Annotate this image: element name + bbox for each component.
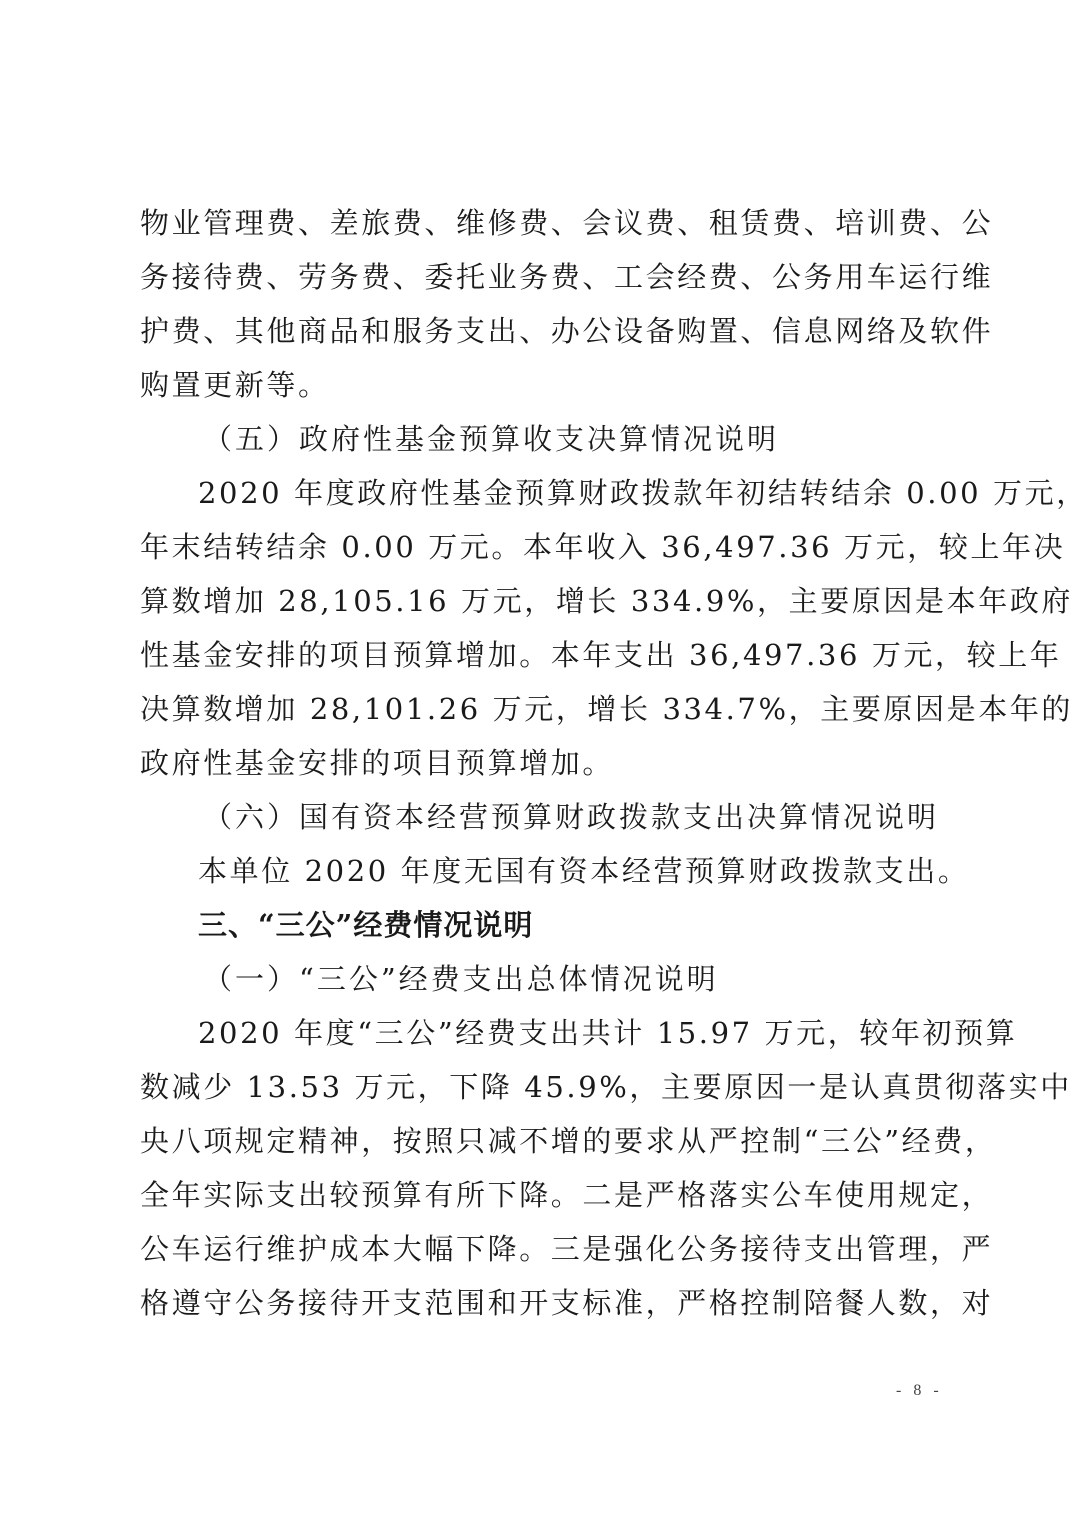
body-line: 护费、其他商品和服务支出、办公设备购置、信息网络及软件 xyxy=(140,313,993,349)
page-number: - 8 - xyxy=(896,1382,943,1400)
body-line: 算数增加 28,105.16 万元，增长 334.9%，主要原因是本年政府 xyxy=(140,583,1073,619)
body-line: 决算数增加 28,101.26 万元，增长 334.7%，主要原因是本年的 xyxy=(140,691,1073,727)
body-line: 性基金安排的项目预算增加。本年支出 36,497.36 万元，较上年 xyxy=(140,637,1061,673)
body-line: 数减少 13.53 万元，下降 45.9%，主要原因一是认真贯彻落实中 xyxy=(140,1069,1072,1105)
body-line: 务接待费、劳务费、委托业务费、工会经费、公务用车运行维 xyxy=(140,259,993,295)
body-line: 年末结转结余 0.00 万元。本年收入 36,497.36 万元，较上年决 xyxy=(140,529,1065,565)
body-line: 购置更新等。 xyxy=(140,367,330,403)
part-heading-3: 三、“三公”经费情况说明 xyxy=(198,907,533,943)
body-line: 2020 年度政府性基金预算财政拨款年初结转结余 0.00 万元， xyxy=(198,475,1074,511)
body-line: 2020 年度“三公”经费支出共计 15.97 万元，较年初预算 xyxy=(198,1015,1017,1051)
body-line: 格遵守公务接待开支范围和开支标准，严格控制陪餐人数，对 xyxy=(140,1285,993,1321)
subsection-heading-1: （一）“三公”经费支出总体情况说明 xyxy=(203,961,719,997)
body-line: 全年实际支出较预算有所下降。二是严格落实公车使用规定， xyxy=(140,1177,993,1213)
body-line: 央八项规定精神，按照只减不增的要求从严控制“三公”经费， xyxy=(140,1123,996,1159)
body-line: 政府性基金安排的项目预算增加。 xyxy=(140,745,614,781)
section-heading-6: （六）国有资本经营预算财政拨款支出决算情况说明 xyxy=(203,799,939,835)
body-line: 物业管理费、差旅费、维修费、会议费、租赁费、培训费、公 xyxy=(140,205,993,241)
section-heading-5: （五）政府性基金预算收支决算情况说明 xyxy=(203,421,779,457)
body-line: 本单位 2020 年度无国有资本经营预算财政拨款支出。 xyxy=(198,853,969,889)
body-line: 公车运行维护成本大幅下降。三是强化公务接待支出管理，严 xyxy=(140,1231,993,1267)
document-page: 物业管理费、差旅费、维修费、会议费、租赁费、培训费、公 务接待费、劳务费、委托业… xyxy=(0,0,1074,1520)
